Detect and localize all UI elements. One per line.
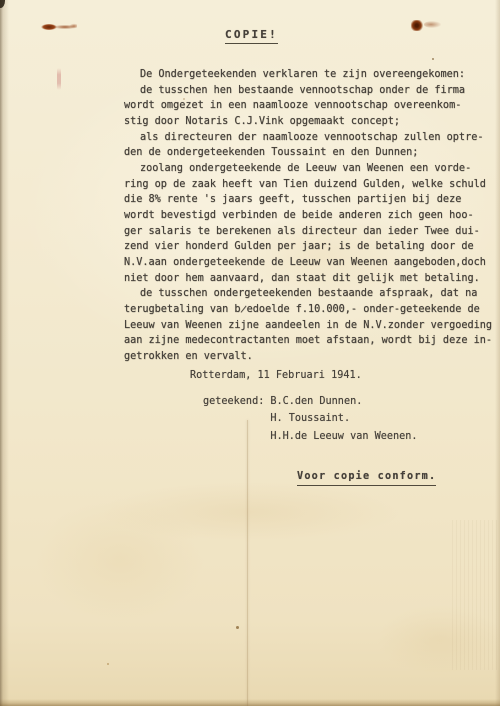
signature-name: H. Toussaint.	[270, 410, 417, 427]
body-line: als directeuren der naamlooze vennootsch…	[0, 130, 500, 146]
body-line: ring op de zaak heeft van Tien duizend G…	[0, 177, 500, 193]
body-line: de tusschen hen bestaande vennootschap o…	[0, 83, 500, 99]
ink-speck	[236, 626, 239, 629]
body-line: niet door hem aanvaard, dan staat dit ge…	[0, 271, 500, 287]
rust-stain-right-smudge	[424, 21, 441, 28]
signature-block: geteekend: B.C.den Dunnen.H. Toussaint.H…	[203, 393, 418, 445]
rust-stain-right-dot	[411, 20, 423, 31]
scanned-document-page: COPIE! De Ondergeteekenden verklaren te …	[0, 0, 500, 706]
document-body: De Ondergeteekenden verklaren te zijn ov…	[0, 67, 500, 364]
body-line: getrokken en vervalt.	[0, 349, 500, 365]
paper-texture	[452, 520, 498, 670]
body-line: wordt omgezet in een naamlooze vennootsc…	[0, 98, 500, 114]
signature-names: B.C.den Dunnen.H. Toussaint.H.H.de Leeuw…	[270, 393, 417, 445]
signature-label: geteekend:	[203, 393, 264, 410]
body-line: De Ondergeteekenden verklaren te zijn ov…	[0, 67, 500, 83]
body-line: ger salaris te berekenen als directeur d…	[0, 224, 500, 240]
dateline: Rotterdam, 11 Februari 1941.	[190, 368, 362, 384]
signature-name: B.C.den Dunnen.	[270, 393, 417, 410]
body-line: wordt bevestigd verbinden de beide ander…	[0, 208, 500, 224]
fold-crease	[247, 420, 248, 706]
body-line: zoolang ondergeteekende de Leeuw van Wee…	[0, 161, 500, 177]
body-line: stig door Notaris C.J.Vink opgemaakt con…	[0, 114, 500, 130]
rust-stain-left	[35, 22, 77, 32]
scan-bottom-edge-shadow	[0, 699, 500, 706]
ink-speck	[432, 58, 434, 60]
body-line: zend vier honderd Gulden per jaar; is de…	[0, 239, 500, 255]
document-title: COPIE!	[225, 27, 278, 44]
body-line: N.V.aan ondergeteekende de Leeuw van Wee…	[0, 255, 500, 271]
body-line: Leeuw van Weenen zijne aandeelen in de N…	[0, 318, 500, 334]
body-line: aan zijne medecontractanten moet afstaan…	[0, 333, 500, 349]
conform-line: Voor copie conform.	[297, 470, 436, 486]
ink-speck	[107, 663, 109, 665]
body-line: den de ondergeteekenden Toussaint en den…	[0, 145, 500, 161]
signature-name: H.H.de Leeuw van Weenen.	[270, 428, 417, 445]
body-line: die 8% rente 's jaars geeft, tusschen pa…	[0, 192, 500, 208]
body-line: de tusschen ondergeteekenden bestaande a…	[0, 286, 500, 302]
body-line: terugbetaling van b̷edoelde f.10.000,- o…	[0, 302, 500, 318]
